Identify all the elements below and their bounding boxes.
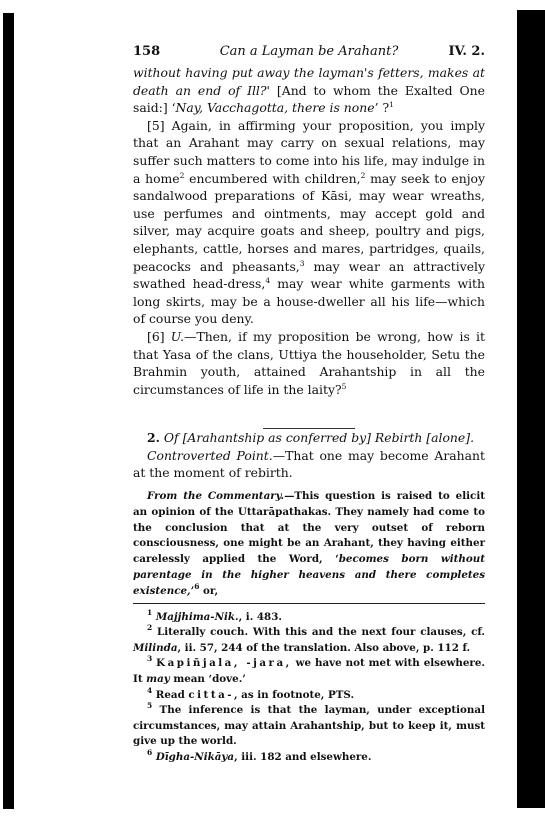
running-head: 158 Can a Layman be Arahant? IV. 2. [133,44,485,64]
footnote-ref: 1 [389,100,394,109]
main-text: without having put away the layman's fet… [133,64,485,482]
footnote-6: 6 Dīgha-Nikāya, iii. 182 and elsewhere. [133,750,485,766]
footnote-5: 5 The inference is that the layman, unde… [133,703,485,750]
scan-border-right [517,10,545,808]
footnote-rule [133,603,485,604]
footnote-2: 2 Literally couch. With this and the nex… [133,625,485,656]
footnotes: 1 Majjhima-Nik., i. 483. 2 Literally cou… [133,610,485,766]
footnote-4: 4 Read citta-, as in footnote, PTS. [133,688,485,704]
running-title: Can a Layman be Arahant? [133,44,485,59]
paragraph-6: [6] U.—Then, if my proposition be wrong,… [133,328,485,398]
paragraph-continued: without having put away the layman's fet… [133,64,485,117]
footnote-3: 3 Kapiñjala, -jara, we have not met with… [133,656,485,687]
footnote-1: 1 Majjhima-Nik., i. 483. [133,610,485,626]
controverted-point: Controverted Point.—That one may become … [133,447,485,482]
section-heading: 2. Of [Arahantship as conferred by] Rebi… [133,429,485,447]
scan-border-left [3,13,14,809]
paragraph-5: [5] Again, in affirming your proposition… [133,117,485,328]
commentary: From the Commentary.—This question is ra… [133,489,485,600]
book-page: 158 Can a Layman be Arahant? IV. 2. with… [133,44,485,766]
section-reference: IV. 2. [448,44,485,59]
footnote-ref: 5 [342,382,347,391]
